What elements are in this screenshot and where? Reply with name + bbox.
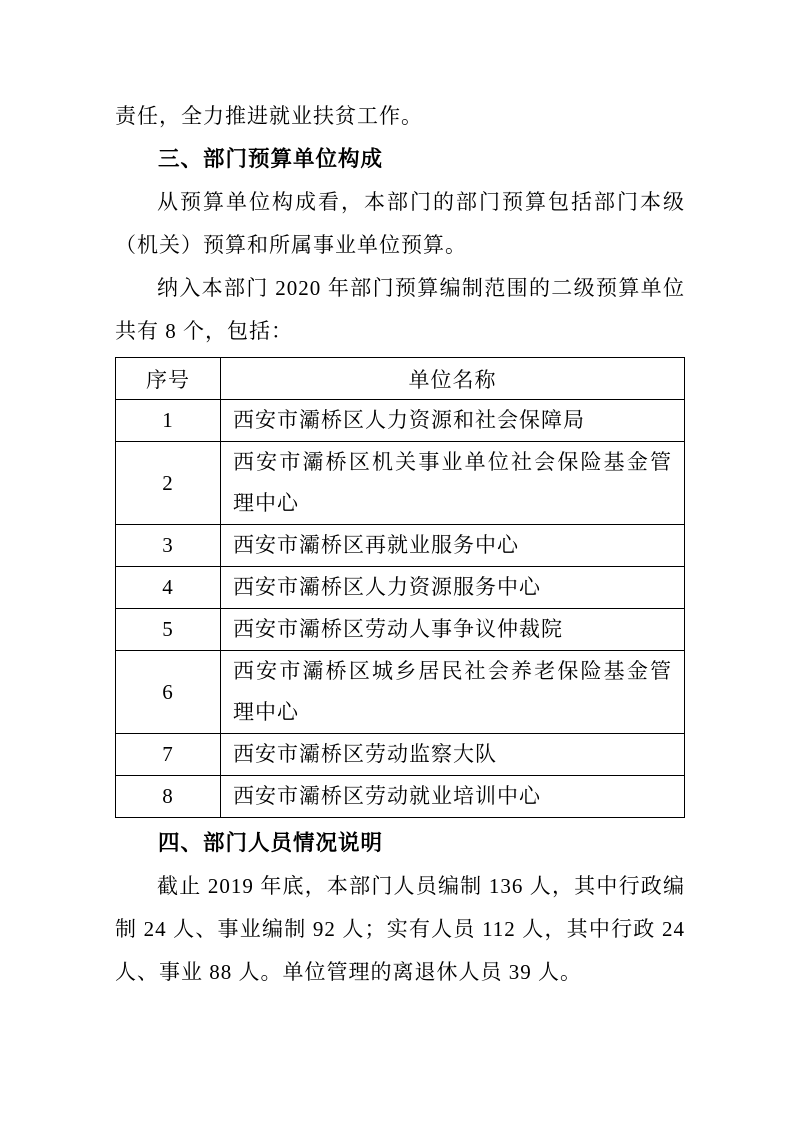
section-heading-staff: 四、部门人员情况说明 <box>115 822 685 865</box>
staff-paragraph: 截止 2019 年底，本部门人员编制 136 人，其中行政编制 24 人、事业编… <box>115 865 685 994</box>
row-unit-name: 西安市灞桥区人力资源服务中心 <box>221 567 685 609</box>
table-row: 3 西安市灞桥区再就业服务中心 <box>116 525 685 567</box>
budget-units-paragraph-2: 纳入本部门 2020 年部门预算编制范围的二级预算单位共有 8 个，包括： <box>115 267 685 353</box>
row-no: 8 <box>116 776 221 818</box>
table-row: 8 西安市灞桥区劳动就业培训中心 <box>116 776 685 818</box>
table-row: 1 西安市灞桥区人力资源和社会保障局 <box>116 400 685 442</box>
row-no: 3 <box>116 525 221 567</box>
row-unit-name: 西安市灞桥区劳动监察大队 <box>221 734 685 776</box>
table-row: 4 西安市灞桥区人力资源服务中心 <box>116 567 685 609</box>
table-header-row: 序号 单位名称 <box>116 358 685 400</box>
row-unit-name: 西安市灞桥区劳动就业培训中心 <box>221 776 685 818</box>
budget-units-paragraph-1: 从预算单位构成看，本部门的部门预算包括部门本级（机关）预算和所属事业单位预算。 <box>115 181 685 267</box>
table-row: 2 西安市灞桥区机关事业单位社会保险基金管理中心 <box>116 442 685 525</box>
row-no: 1 <box>116 400 221 442</box>
table-row: 6 西安市灞桥区城乡居民社会养老保险基金管理中心 <box>116 651 685 734</box>
row-unit-name: 西安市灞桥区劳动人事争议仲裁院 <box>221 609 685 651</box>
row-unit-name: 西安市灞桥区人力资源和社会保障局 <box>221 400 685 442</box>
row-no: 7 <box>116 734 221 776</box>
table-row: 5 西安市灞桥区劳动人事争议仲裁院 <box>116 609 685 651</box>
row-no: 5 <box>116 609 221 651</box>
table-row: 7 西安市灞桥区劳动监察大队 <box>116 734 685 776</box>
section-heading-budget-units: 三、部门预算单位构成 <box>115 138 685 181</box>
table-header-no: 序号 <box>116 358 221 400</box>
document-page: 责任，全力推进就业扶贫工作。 三、部门预算单位构成 从预算单位构成看，本部门的部… <box>0 0 793 1122</box>
row-no: 4 <box>116 567 221 609</box>
row-unit-name: 西安市灞桥区机关事业单位社会保险基金管理中心 <box>221 442 685 525</box>
continuation-paragraph: 责任，全力推进就业扶贫工作。 <box>115 95 685 138</box>
budget-units-table: 序号 单位名称 1 西安市灞桥区人力资源和社会保障局 2 西安市灞桥区机关事业单… <box>115 357 685 818</box>
row-unit-name: 西安市灞桥区再就业服务中心 <box>221 525 685 567</box>
row-no: 6 <box>116 651 221 734</box>
table-header-unit-name: 单位名称 <box>221 358 685 400</box>
row-no: 2 <box>116 442 221 525</box>
row-unit-name: 西安市灞桥区城乡居民社会养老保险基金管理中心 <box>221 651 685 734</box>
